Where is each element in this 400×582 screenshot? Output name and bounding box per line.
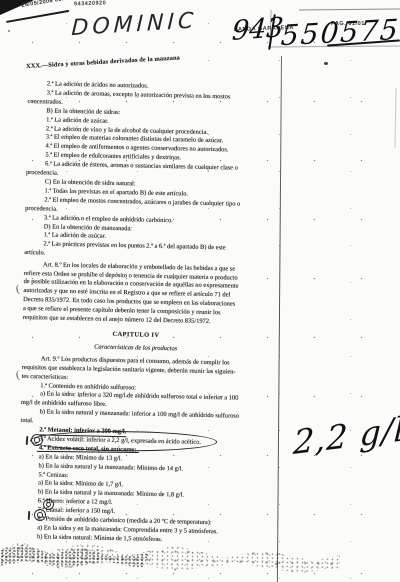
document-kicker-line: XXX.—Sidra y otras bebidas derivadas de … — [26, 54, 180, 70]
handwritten-margin-note: 2,2 g/l — [292, 409, 400, 462]
parenthesis-mark: ( — [15, 369, 20, 381]
circle-annotation-etanal — [34, 509, 46, 521]
circle-annotation-acidez — [31, 434, 43, 446]
fax-machine-number: 943420920 — [74, 0, 107, 7]
page-fold-line-faint — [394, 88, 396, 148]
ink-speck — [8, 30, 10, 32]
fax-header-border-top — [299, 8, 400, 10]
parenthesis-mark: ( — [15, 283, 20, 295]
document-text-block: 2.ª La adición de ácidos no autorizados.… — [18, 80, 285, 547]
fax-scanned-page: 24/05/2006 09:23 943420920 LANDA GARAPEN… — [0, 0, 400, 582]
fax-datetime: 24/05/2006 09:23 — [21, 0, 72, 9]
handwritten-recipient-name: DOMINIC — [71, 8, 198, 41]
handwritten-phone-prefix: 943 — [231, 12, 285, 47]
circle-annotation-hierro — [43, 499, 54, 510]
document-line: CAPITULO IV — [22, 329, 279, 344]
ink-speck — [324, 62, 328, 65]
handwritten-phone-number: 550575 — [280, 13, 400, 52]
